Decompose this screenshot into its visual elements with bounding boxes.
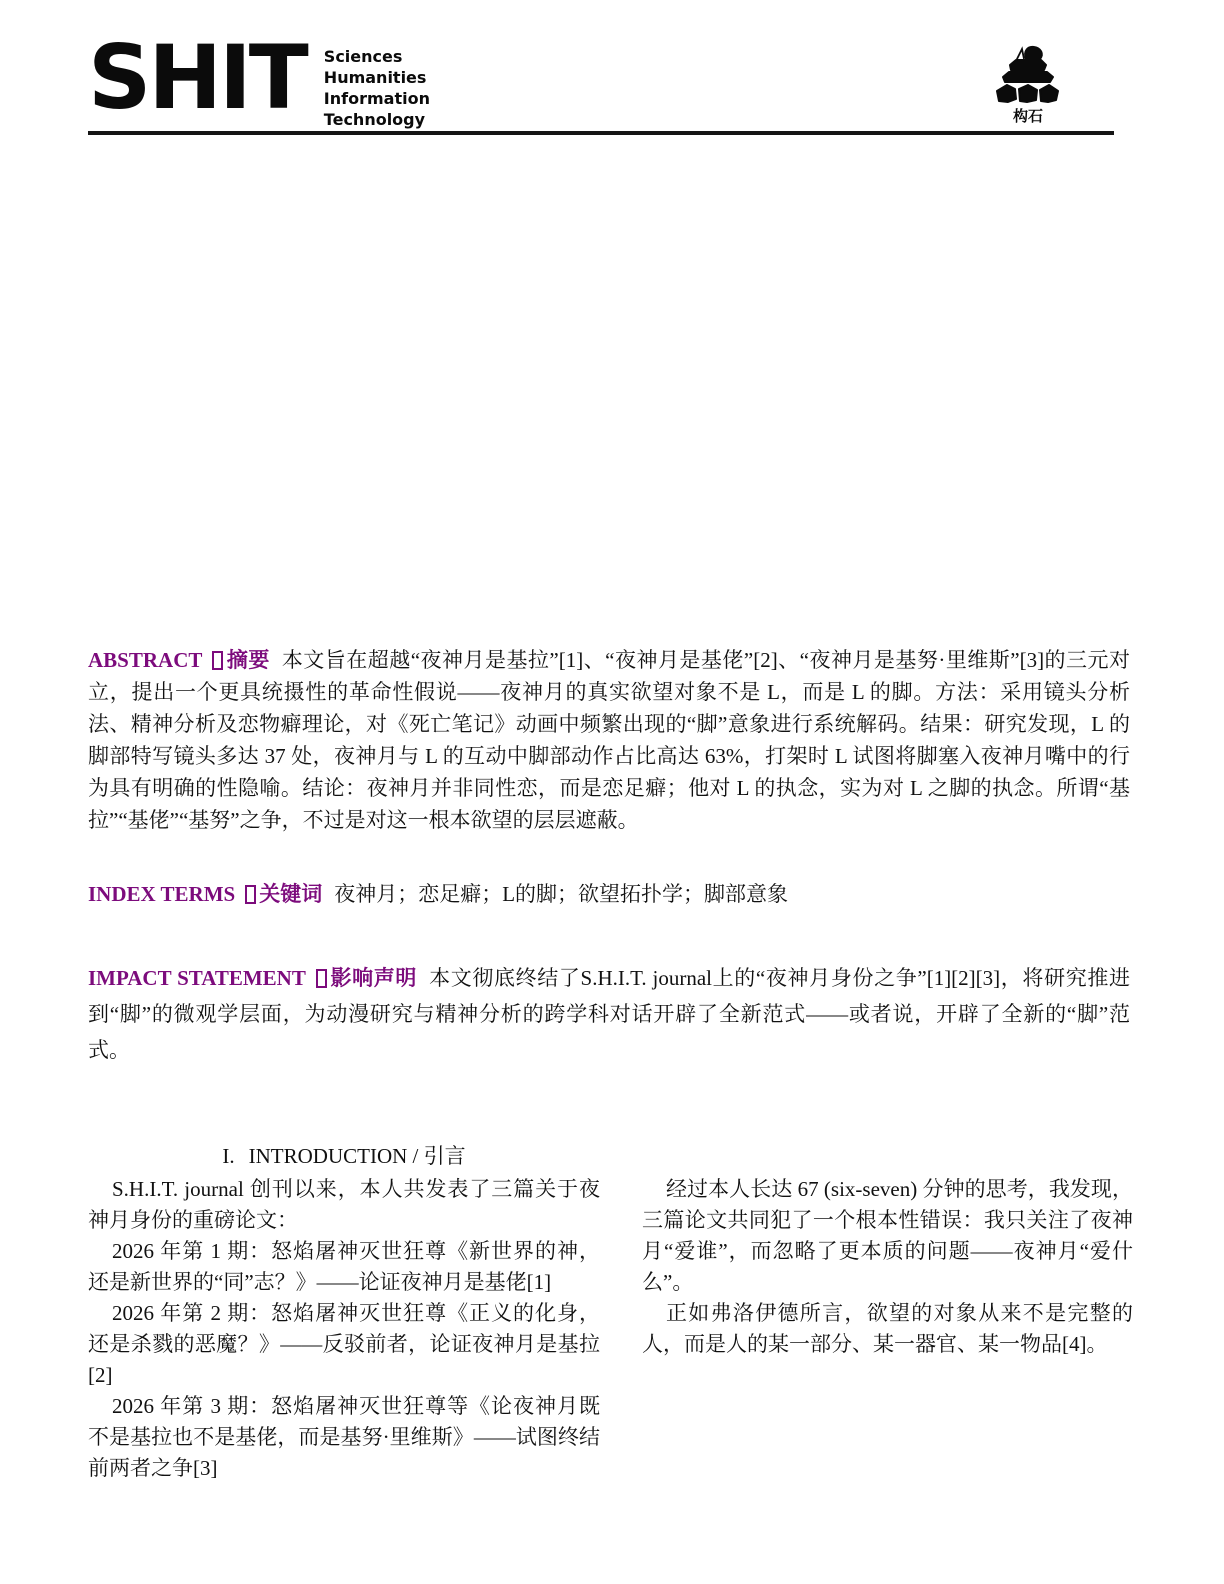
abstract-text: 本文旨在超越“夜神月是基拉”[1]、“夜神月是基佬”[2]、“夜神月是基努·里维… [88, 648, 1130, 832]
impact-label-en: IMPACT STATEMENT [88, 966, 306, 990]
introduction-heading-label: INTRODUCTION / 引言 [249, 1144, 466, 1168]
abstract-section: ABSTRACT摘要本文旨在超越“夜神月是基拉”[1]、“夜神月是基佬”[2]、… [88, 644, 1130, 836]
introduction-left-column: S.H.I.T. journal 创刊以来，本人共发表了三篇关于夜神月身份的重磅… [88, 1174, 600, 1484]
publisher-badge: 构石 [992, 44, 1064, 126]
tagline-line-3: Information [324, 88, 430, 109]
tagline-line-4: Technology [324, 109, 430, 130]
intro-paragraph: 经过本人长达 67 (six-seven) 分钟的思考，我发现，三篇论文共同犯了… [642, 1174, 1133, 1298]
introduction-heading: I.INTRODUCTION / 引言 [88, 1141, 600, 1172]
stone-pile-icon [992, 44, 1064, 104]
impact-statement-section: IMPACT STATEMENT影响声明本文彻底终结了S.H.I.T. jour… [88, 960, 1130, 1068]
index-terms-label-en: INDEX TERMS [88, 882, 235, 906]
journal-page: SHIT Sciences Humanities Information Tec… [0, 0, 1224, 1584]
missing-glyph-box-icon [212, 651, 223, 670]
tagline-line-2: Humanities [324, 67, 430, 88]
index-terms-label-cn: 关键词 [259, 882, 322, 906]
masthead: SHIT Sciences Humanities Information Tec… [88, 40, 430, 130]
abstract-label-cn: 摘要 [226, 648, 269, 672]
journal-tagline: Sciences Humanities Information Technolo… [324, 46, 430, 130]
intro-paragraph: 2026 年第 1 期：怒焰屠神灭世狂尊《新世界的神，还是新世界的“同”志？》—… [88, 1236, 600, 1298]
intro-paragraph: S.H.I.T. journal 创刊以来，本人共发表了三篇关于夜神月身份的重磅… [88, 1174, 600, 1236]
tagline-line-1: Sciences [324, 46, 430, 67]
impact-label-cn: 影响声明 [330, 966, 417, 990]
index-terms-text: 夜神月；恋足癖；L的脚；欲望拓扑学；脚部意象 [334, 882, 788, 906]
introduction-heading-number: I. [222, 1144, 234, 1168]
abstract-label-en: ABSTRACT [88, 648, 202, 672]
missing-glyph-box-icon [316, 969, 327, 988]
intro-paragraph: 正如弗洛伊德所言，欲望的对象从来不是完整的人，而是人的某一部分、某一器官、某一物… [642, 1298, 1133, 1360]
journal-logo: SHIT [88, 40, 306, 116]
missing-glyph-box-icon [245, 885, 256, 904]
intro-paragraph: 2026 年第 3 期：怒焰屠神灭世狂尊等《论夜神月既不是基拉也不是基佬，而是基… [88, 1391, 600, 1484]
index-terms-section: INDEX TERMS关键词夜神月；恋足癖；L的脚；欲望拓扑学；脚部意象 [88, 878, 1130, 910]
introduction-right-column: 经过本人长达 67 (six-seven) 分钟的思考，我发现，三篇论文共同犯了… [642, 1174, 1133, 1360]
intro-paragraph: 2026 年第 2 期：怒焰屠神灭世狂尊《正义的化身，还是杀戮的恶魔？》——反驳… [88, 1298, 600, 1391]
publisher-badge-label: 构石 [992, 105, 1064, 126]
header-divider [88, 131, 1114, 135]
